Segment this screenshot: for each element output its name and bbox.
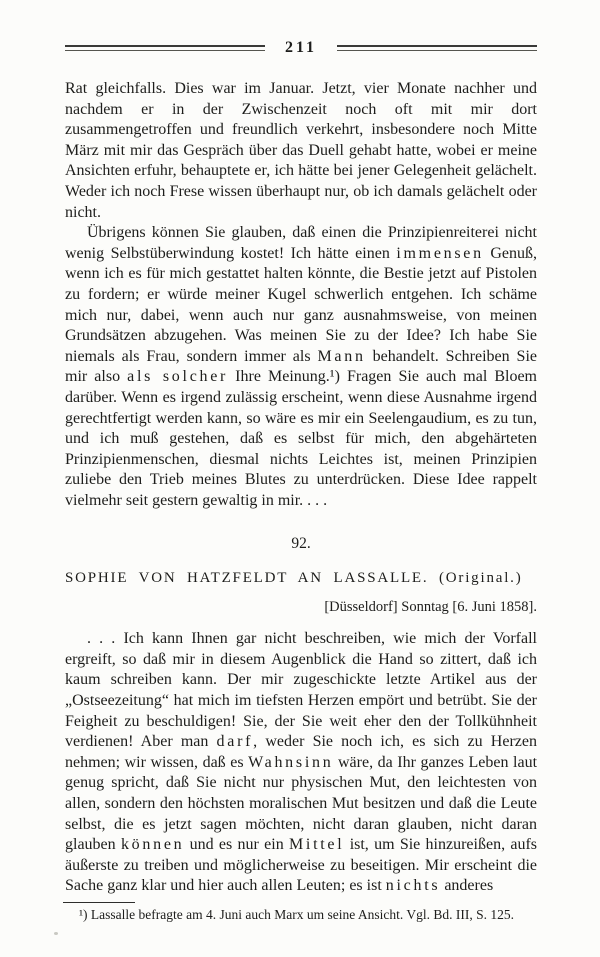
page-number: 211: [265, 40, 337, 56]
letterspaced-emphasis: immensen: [396, 245, 484, 262]
letterspaced-emphasis: Mann: [317, 348, 365, 365]
letterspaced-emphasis: Mittel: [289, 836, 344, 853]
letterspaced-emphasis: als solcher: [127, 368, 228, 385]
footnote-rule: [63, 902, 135, 903]
page-header: 211: [0, 0, 600, 56]
letter-body-paragraph: . . . Ich kann Ihnen gar nicht beschreib…: [65, 629, 537, 897]
text-run: Rat gleichfalls. Dies war im Januar. Jet…: [65, 80, 537, 221]
text-run: Ihre Meinung.¹) Fragen Sie auch mal Bloe…: [65, 368, 537, 509]
letterspaced-emphasis: Wahnsinn: [248, 754, 333, 771]
letter-heading: SOPHIE VON HATZFELDT AN LASSALLE. (Origi…: [65, 568, 537, 589]
book-page: 211 Rat gleichfalls. Dies war im Januar.…: [0, 0, 600, 957]
text-run: und es nur ein: [184, 836, 289, 853]
scan-speck: [54, 932, 58, 935]
letterspaced-emphasis: darf: [217, 733, 254, 750]
header-rule-right: [337, 45, 537, 51]
footnote-text: ¹) Lassalle befragte am 4. Juni auch Mar…: [65, 905, 537, 925]
letter-number: 92.: [65, 534, 537, 555]
letter-dateline: [Düsseldorf] Sonntag [6. Juni 1858].: [65, 597, 537, 618]
letterspaced-emphasis: können: [121, 836, 184, 853]
letterspaced-emphasis: nichts: [386, 877, 441, 894]
text-run: anderes: [440, 877, 493, 894]
paragraph: Übrigens können Sie glauben, daß einen d…: [65, 223, 537, 511]
page-content: Rat gleichfalls. Dies war im Januar. Jet…: [0, 56, 600, 925]
text-run: Genuß, wenn ich es für mich gestattet ha…: [65, 245, 537, 365]
paragraph-continuation: Rat gleichfalls. Dies war im Januar. Jet…: [65, 79, 537, 223]
header-rule-left: [65, 45, 265, 51]
